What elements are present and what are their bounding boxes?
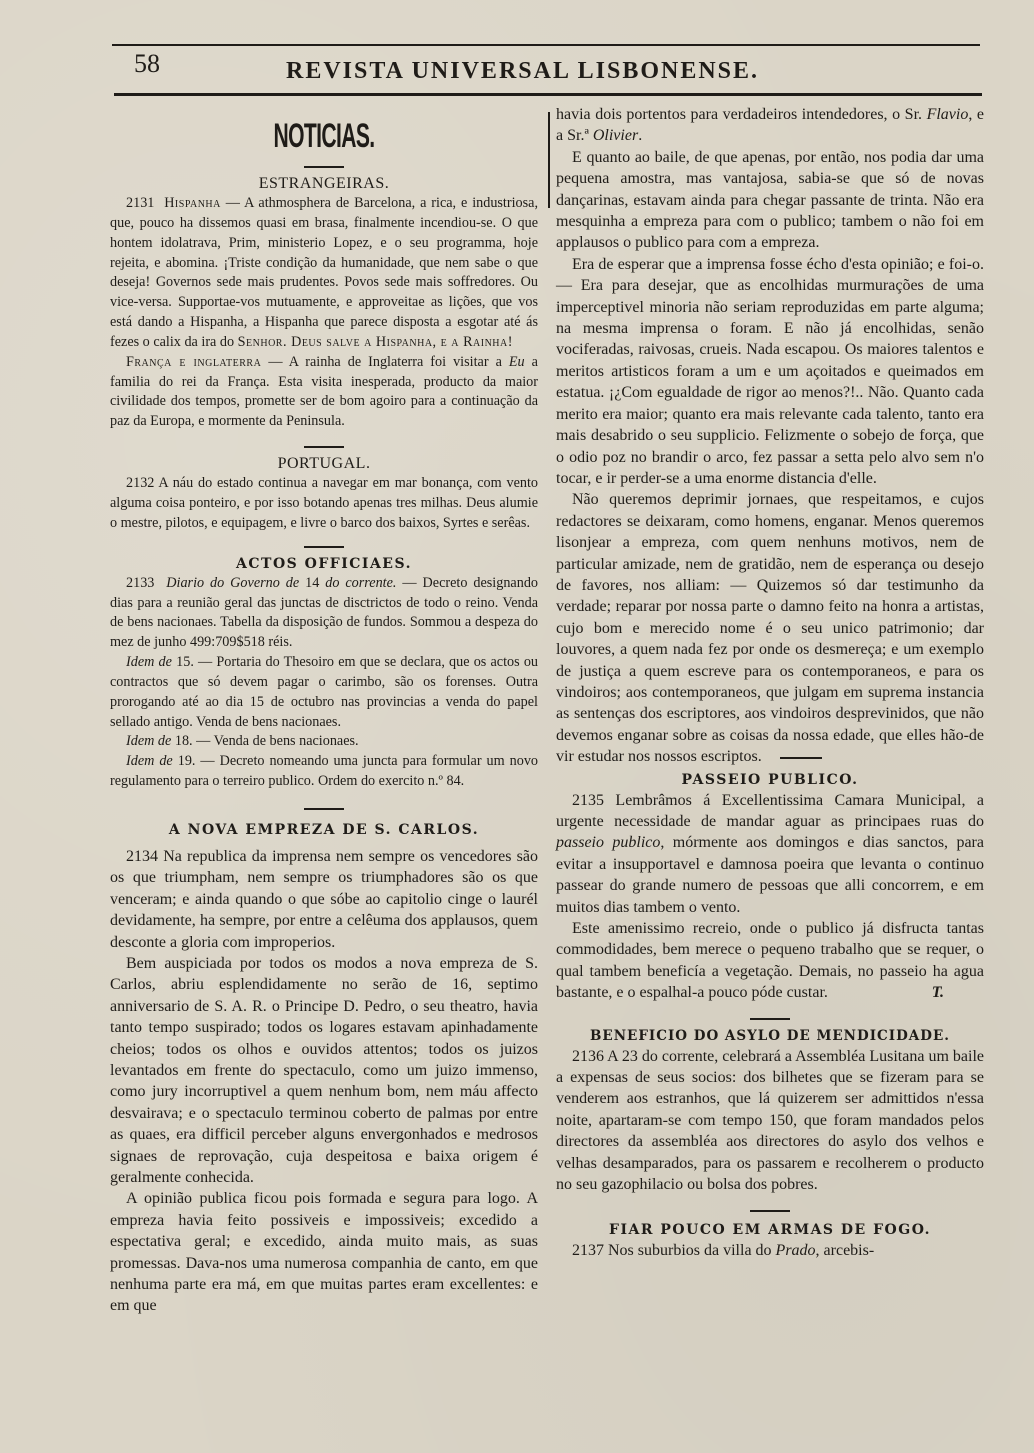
separator xyxy=(304,166,344,168)
page: 58 REVISTA UNIVERSAL LISBONENSE. NOTICIA… xyxy=(0,0,1034,1453)
paragraph: Não queremos deprimir jornaes, que respe… xyxy=(556,489,984,767)
paragraph-text: Não queremos deprimir jornaes, que respe… xyxy=(556,491,984,765)
article-2133: 2133 Diario do Governo de 14 do corrente… xyxy=(110,574,538,653)
separator xyxy=(304,446,344,448)
article-2132: 2132 A náu do estado continua a navegar … xyxy=(110,474,538,534)
article-text: — A athmosphera de Barcelona, a rica, e … xyxy=(110,195,538,350)
person-name: Olivier xyxy=(593,127,638,144)
place-name: Prado xyxy=(776,1242,816,1259)
page-number: 58 xyxy=(134,49,160,79)
paragraph-text: Na republica da imprensa nem sempre os v… xyxy=(110,848,538,951)
source: do corrente. xyxy=(325,575,396,591)
heading-passeio: PASSEIO PUBLICO. xyxy=(556,770,984,790)
paragraph: E quanto ao baile, de que apenas, por en… xyxy=(556,147,984,254)
heading-estrangeiras: ESTRANGEIRAS. xyxy=(110,174,538,194)
entry-day: 18. xyxy=(175,733,193,749)
article-2131: 2131 Hispanha — A athmosphera de Barcelo… xyxy=(110,194,538,353)
acto-entry: Idem de 18. — Venda de bens nacionaes. xyxy=(110,732,538,752)
entry-text: — Venda de bens nacionaes. xyxy=(193,733,359,749)
article-text: A náu do estado continua a navegar em ma… xyxy=(110,475,538,531)
article-number: 2134 xyxy=(126,848,158,865)
separator xyxy=(750,1210,790,1212)
paragraph: A opinião publica ficou pois formada e s… xyxy=(110,1188,538,1316)
article-lead: Hispanha xyxy=(164,195,221,211)
paragraph: Este amenissimo recreio, onde o publico … xyxy=(556,918,984,1004)
left-column: NOTICIAS. ESTRANGEIRAS. 2131 Hispanha — … xyxy=(110,104,538,1317)
separator xyxy=(780,757,822,759)
entry-label: Idem de xyxy=(126,753,173,769)
senhor: Senhor xyxy=(238,334,283,350)
signature: T. xyxy=(916,982,944,1003)
paragraph-text: A 23 do corrente, celebrará a Assembléa … xyxy=(556,1048,984,1193)
paragraph-text: . xyxy=(638,127,642,144)
paragraph-text: , arcebis- xyxy=(816,1242,875,1259)
article-number: 2136 xyxy=(572,1048,604,1065)
heading-actos: ACTOS OFFICIAES. xyxy=(110,554,538,574)
paragraph-text: havia dois portentos para verdadeiros in… xyxy=(556,106,927,123)
article-2136: 2136 A 23 do corrente, celebrará a Assem… xyxy=(556,1046,984,1196)
separator xyxy=(304,808,344,810)
article-lead: França e inglaterra xyxy=(126,354,261,370)
continuation-paragraph: havia dois portentos para verdadeiros in… xyxy=(556,104,984,147)
heading-portugal: PORTUGAL. xyxy=(110,454,538,474)
heading-armas: FIAR POUCO EM ARMAS DE FOGO. xyxy=(556,1220,984,1240)
emphasis: passeio publico xyxy=(556,834,660,851)
place-name: Eu xyxy=(509,354,525,370)
separator xyxy=(750,1018,790,1020)
column-rule xyxy=(548,112,550,208)
entry-label: Idem de xyxy=(126,733,171,749)
article-number: 2132 xyxy=(126,475,154,491)
paragraph-text: Lembrâmos á Excellentissima Camara Munic… xyxy=(556,792,984,830)
running-title: REVISTA UNIVERSAL LISBONENSE. xyxy=(286,58,759,85)
heading-s-carlos: A NOVA EMPREZA DE S. CARLOS. xyxy=(110,820,538,840)
paragraph: Bem auspiciada por todos os modos a nova… xyxy=(110,953,538,1188)
header-rule xyxy=(114,93,982,96)
paragraph-text: Nos suburbios da villa do xyxy=(604,1242,776,1259)
separator xyxy=(304,546,344,548)
acto-entry: Idem de 15. — Portaria do Thesoiro em qu… xyxy=(110,653,538,732)
right-column: havia dois portentos para verdadeiros in… xyxy=(556,104,984,1261)
entry-day: 15. xyxy=(176,654,194,670)
paragraph: 2134 Na republica da imprensa nem sempre… xyxy=(110,846,538,953)
article-2134: 2134 Na republica da imprensa nem sempre… xyxy=(110,846,538,1317)
acto-entry: Idem de 19. — Decreto nomeando uma junct… xyxy=(110,752,538,792)
person-name: Flavio xyxy=(927,106,969,123)
paragraph: Era de esperar que a imprensa fosse écho… xyxy=(556,254,984,489)
day: 14 xyxy=(305,575,319,591)
article-number: 2137 xyxy=(572,1242,604,1259)
article-2135: 2135 Lembrâmos á Excellentissima Camara … xyxy=(556,790,984,918)
entry-text: — Portaria do Thesoiro em que se declara… xyxy=(110,654,538,730)
entry-day: 19. xyxy=(178,753,196,769)
heading-asylo: BENEFICIO DO ASYLO DE MENDICIDADE. xyxy=(556,1026,984,1046)
top-rule xyxy=(112,44,980,46)
article-number: 2131 xyxy=(126,195,154,211)
entry-text: — Decreto nomeando uma juncta para formu… xyxy=(110,753,538,789)
article-franca: França e inglaterra — A rainha de Inglat… xyxy=(110,353,538,432)
article-number: 2133 xyxy=(126,575,154,591)
article-number: 2135 xyxy=(572,792,604,809)
article-text: — A rainha de Inglaterra foi visitar a xyxy=(261,354,509,370)
article-2137: 2137 Nos suburbios da villa do Prado, ar… xyxy=(556,1240,984,1261)
entry-label: Idem de xyxy=(126,654,172,670)
article-closing: . Deus salve a Hispanha, e a Rainha! xyxy=(283,334,513,350)
section-masthead: NOTICIAS. xyxy=(191,114,456,158)
source: Diario do Governo de xyxy=(166,575,299,591)
